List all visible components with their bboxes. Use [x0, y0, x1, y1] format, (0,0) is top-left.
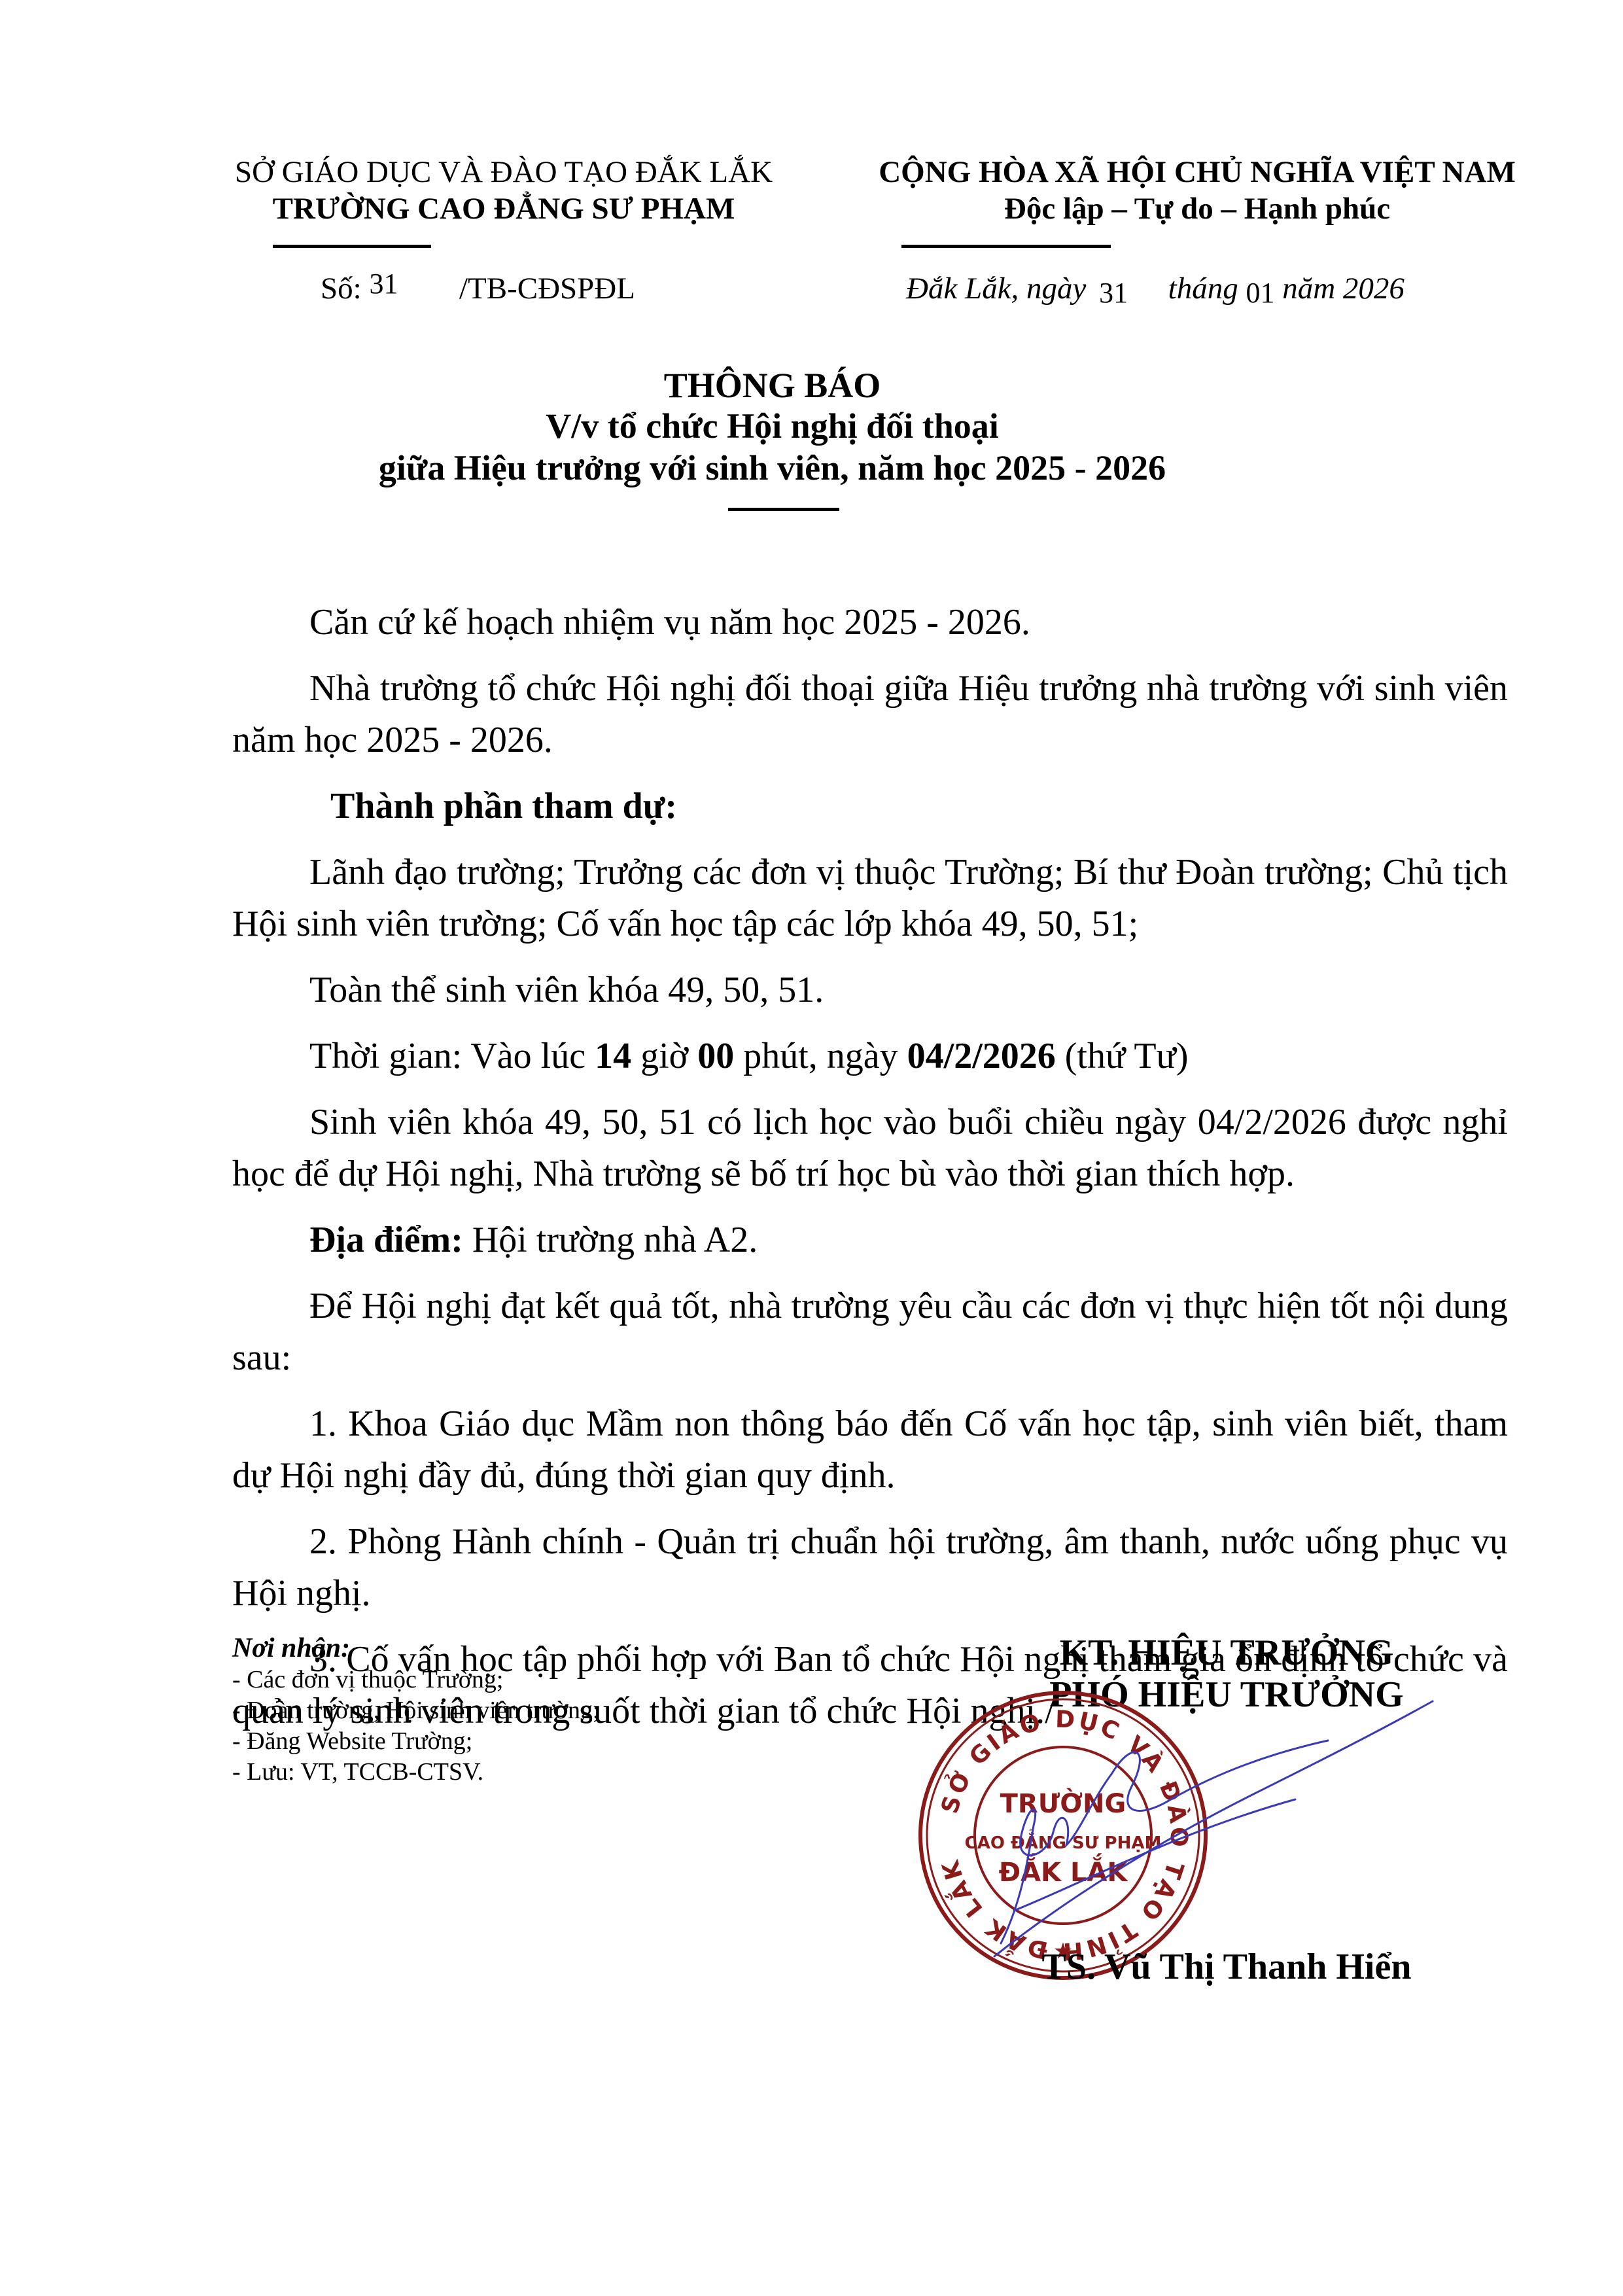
paragraph-schedule: Sinh viên khóa 49, 50, 51 có lịch học và…	[232, 1097, 1508, 1200]
document-type: THÔNG BÁO	[0, 365, 1584, 406]
time-minute: 00	[697, 1036, 734, 1076]
date-day: 31	[1099, 277, 1128, 309]
number-label: Số:	[321, 272, 362, 306]
recipients-heading: Nơi nhận:	[232, 1632, 600, 1665]
signature-scribble-icon	[981, 1669, 1439, 1963]
time-hour: 14	[595, 1036, 631, 1076]
signature-title-1: KT. HIỆU TRƯỞNG	[932, 1632, 1521, 1674]
location-label: Địa điểm:	[309, 1220, 463, 1260]
recipient-item: - Đăng Website Trường;	[232, 1726, 600, 1757]
subject-line-1: V/v tổ chức Hội nghị đối thoại	[0, 406, 1584, 446]
place-date: Đắk Lắk, ngày 31 tháng 01 năm 2026	[906, 271, 1405, 306]
task-item-1: 1. Khoa Giáo dục Mầm non thông báo đến C…	[232, 1398, 1508, 1502]
number-value: 31	[369, 268, 398, 300]
document-number: Số: 31 /TB-CĐSPĐL	[321, 271, 635, 306]
number-suffix: /TB-CĐSPĐL	[459, 272, 635, 306]
paragraph-location: Địa điểm: Hội trường nhà A2.	[232, 1214, 1508, 1266]
signer-name: TS. Vũ Thị Thanh Hiển	[932, 1946, 1521, 1988]
recipient-item: - Đoàn trường, Hội sinh viên trường;	[232, 1695, 600, 1726]
recipient-item: - Lưu: VT, TCCB-CTSV.	[232, 1757, 600, 1788]
school-name: TRƯỜNG CAO ĐẲNG SƯ PHẠM	[216, 191, 792, 226]
paragraph-basis: Căn cứ kế hoạch nhiệm vụ năm học 2025 - …	[232, 597, 1508, 648]
subject-line-2: giữa Hiệu trưởng với sinh viên, năm học …	[0, 448, 1584, 488]
paragraph-time: Thời gian: Vào lúc 14 giờ 00 phút, ngày …	[232, 1031, 1508, 1082]
task-item-2: 2. Phòng Hành chính - Quản trị chuẩn hội…	[232, 1516, 1508, 1619]
document-body: Căn cứ kế hoạch nhiệm vụ năm học 2025 - …	[232, 597, 1508, 1737]
paragraph-students: Toàn thể sinh viên khóa 49, 50, 51.	[232, 964, 1508, 1016]
year-label: năm 2026	[1282, 272, 1405, 306]
national-motto: Độc lập – Tự do – Hạnh phúc	[844, 191, 1550, 226]
participants-heading: Thành phần tham dự:	[232, 781, 1508, 832]
nation-name: CỘNG HÒA XÃ HỘI CHỦ NGHĨA VIỆT NAM	[844, 154, 1550, 190]
time-date: 04/2/2026	[907, 1036, 1056, 1076]
agency-name: SỞ GIÁO DỤC VÀ ĐÀO TẠO ĐẮK LẮK	[216, 154, 792, 190]
time-mid1: giờ	[631, 1036, 697, 1076]
recipient-item: - Các đơn vị thuộc Trường;	[232, 1665, 600, 1695]
location-value: Hội trường nhà A2.	[463, 1220, 758, 1260]
place-date-prefix: Đắk Lắk, ngày	[906, 272, 1086, 306]
paragraph-participants: Lãnh đạo trường; Trưởng các đơn vị thuộc…	[232, 847, 1508, 950]
month-label: tháng	[1168, 272, 1238, 306]
paragraph-purpose: Nhà trường tổ chức Hội nghị đối thoại gi…	[232, 663, 1508, 766]
header-right-rule	[901, 245, 1111, 248]
paragraph-requirements: Để Hội nghị đạt kết quả tốt, nhà trường …	[232, 1280, 1508, 1384]
title-rule	[728, 508, 839, 511]
time-suffix: (thứ Tư)	[1056, 1036, 1189, 1076]
time-prefix: Thời gian: Vào lúc	[309, 1036, 595, 1076]
time-mid2: phút, ngày	[734, 1036, 907, 1076]
header-left-rule	[273, 245, 431, 248]
recipients-block: Nơi nhận: - Các đơn vị thuộc Trường; - Đ…	[232, 1632, 600, 1788]
date-month: 01	[1246, 277, 1274, 309]
